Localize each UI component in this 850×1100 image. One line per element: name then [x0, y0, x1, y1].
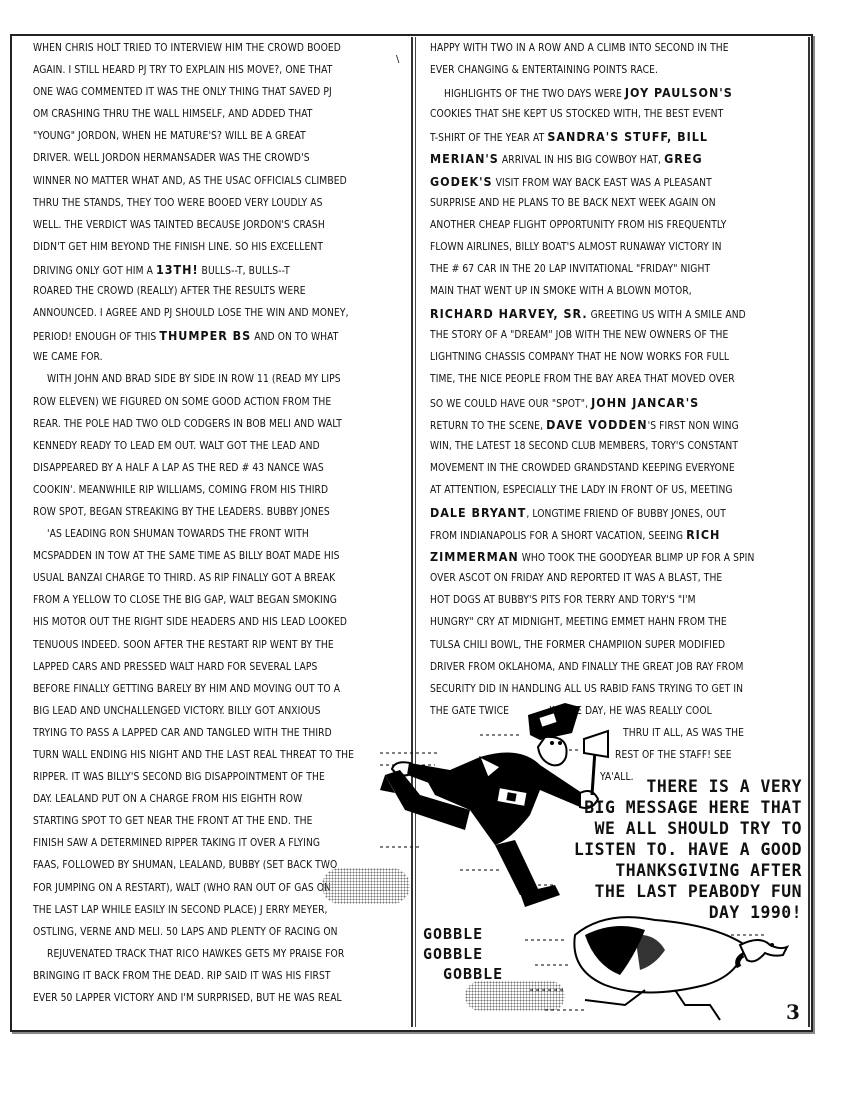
text-span: DRIVING ONLY GOT HIM A	[33, 266, 156, 277]
text-line: USUAL BANZAI CHARGE TO THIRD. AS RIP FIN…	[33, 568, 354, 590]
text-line: DIDN'T GET HIM BEYOND THE FINISH LINE. S…	[33, 237, 354, 259]
text-span: AND ON TO WHAT	[251, 332, 338, 343]
text-span: HIGHLIGHTS OF THE TWO DAYS WERE	[444, 89, 625, 100]
bold-name: ZIMMERMAN	[430, 549, 519, 564]
text-line: OVER ASCOT ON FRIDAY AND REPORTED IT WAS…	[430, 568, 754, 590]
text-line: HUNGRY" CRY AT MIDNIGHT, MEETING EMMET H…	[430, 612, 754, 634]
text-line: HOT DOGS AT BUBBY'S PITS FOR TERRY AND T…	[430, 590, 754, 612]
text-line: 'AS LEADING RON SHUMAN TOWARDS THE FRONT…	[33, 524, 354, 546]
text-line: GODEK'S VISIT FROM WAY BACK EAST WAS A P…	[430, 171, 754, 193]
bold-name: DALE BRYANT	[430, 505, 526, 520]
text-line: REJUVENATED TRACK THAT RICO HAWKES GETS …	[33, 944, 354, 966]
text-line: BRINGING IT BACK FROM THE DEAD. RIP SAID…	[33, 966, 354, 988]
text-line: SURPRISE AND HE PLANS TO BE BACK NEXT WE…	[430, 193, 754, 215]
text-line: RETURN TO THE SCENE, DAVE VODDEN'S FIRST…	[430, 414, 754, 436]
text-line: ZIMMERMAN WHO TOOK THE GOODYEAR BLIMP UP…	[430, 546, 754, 568]
text-line: WHEN CHRIS HOLT TRIED TO INTERVIEW HIM T…	[33, 38, 354, 60]
text-span: GREETING US WITH A SMILE AND	[588, 310, 746, 321]
bold-name: RICH	[686, 527, 720, 542]
text-line: REAR. THE POLE HAD TWO OLD CODGERS IN BO…	[33, 414, 354, 436]
text-line: THE LAST LAP WHILE EASILY IN SECOND PLAC…	[33, 900, 354, 922]
bold-name: MERIAN'S	[430, 151, 499, 166]
text-line: TIME, THE NICE PEOPLE FROM THE BAY AREA …	[430, 369, 754, 391]
text-line: MOVEMENT IN THE CROWDED GRANDSTAND KEEPI…	[430, 458, 754, 480]
message-line: LISTEN TO. HAVE A GOOD	[556, 839, 802, 860]
text-span: WHO TOOK THE GOODYEAR BLIMP UP FOR A SPI…	[519, 553, 755, 564]
text-line: EVER 50 LAPPER VICTORY AND I'M SURPRISED…	[33, 988, 354, 1010]
page-number: 3	[786, 1000, 800, 1024]
text-line: AT ATTENTION, ESPECIALLY THE LADY IN FRO…	[430, 480, 754, 502]
bold-name: DAVE VODDEN	[546, 417, 648, 432]
text-line: FROM A YELLOW TO CLOSE THE BIG GAP, WALT…	[33, 590, 354, 612]
bold-name: RICHARD HARVEY, SR.	[430, 306, 588, 321]
text-line: PERIOD! ENOUGH OF THIS THUMPER BS AND ON…	[33, 325, 354, 347]
text-span: SO WE COULD HAVE OUR "SPOT",	[430, 399, 591, 410]
text-line: DALE BRYANT, LONGTIME FRIEND OF BUBBY JO…	[430, 502, 754, 524]
text-line: FINISH SAW A DETERMINED RIPPER TAKING IT…	[33, 833, 354, 855]
text-line: ONE WAG COMMENTED IT WAS THE ONLY THING …	[33, 82, 354, 104]
text-span: , LONGTIME FRIEND OF BUBBY JONES, OUT	[526, 509, 726, 520]
message-line: BIG MESSAGE HERE THAT	[556, 797, 802, 818]
text-line: WINNER NO MATTER WHAT AND, AS THE USAC O…	[33, 171, 354, 193]
gobble-line: GOBBLE	[423, 964, 503, 984]
gobble-line: GOBBLE	[423, 944, 503, 964]
right-column-text: HAPPY WITH TWO IN A ROW AND A CLIMB INTO…	[430, 38, 754, 789]
bold-name: 13TH!	[156, 262, 199, 277]
text-line: DRIVER FROM OKLAHOMA, AND FINALLY THE GR…	[430, 657, 754, 679]
text-line: RIPPER. IT WAS BILLY'S SECOND BIG DISAPP…	[33, 767, 354, 789]
bold-name: GREG	[664, 151, 703, 166]
text-line: FAAS, FOLLOWED BY SHUMAN, LEALAND, BUBBY…	[33, 855, 354, 877]
text-line: THE STORY OF A "DREAM" JOB WITH THE NEW …	[430, 325, 754, 347]
bold-name: SANDRA'S STUFF, BILL	[547, 129, 708, 144]
left-column-text: WHEN CHRIS HOLT TRIED TO INTERVIEW HIM T…	[33, 38, 354, 1010]
text-line: McSPADDEN IN TOW AT THE SAME TIME AS BIL…	[33, 546, 354, 568]
text-line: TURN WALL ENDING HIS NIGHT AND THE LAST …	[33, 745, 354, 767]
text-line: WIN, THE LATEST 18 SECOND CLUB MEMBERS, …	[430, 436, 754, 458]
gobble-line: GOBBLE	[423, 924, 503, 944]
text-line: EVER CHANGING & ENTERTAINING POINTS RACE…	[430, 60, 754, 82]
text-line: ROW SPOT, BEGAN STREAKING BY THE LEADERS…	[33, 502, 354, 524]
text-line: "YOUNG" JORDON, WHEN HE MATURE'S? WILL B…	[33, 126, 354, 148]
text-line: ANNOUNCED. I AGREE AND PJ SHOULD LOSE TH…	[33, 303, 354, 325]
message-line: WE ALL SHOULD TRY TO	[556, 818, 802, 839]
bold-name: JOHN JANCAR'S	[591, 395, 699, 410]
thanksgiving-message: THERE IS A VERYBIG MESSAGE HERE THATWE A…	[556, 776, 802, 923]
message-line: THERE IS A VERY	[556, 776, 802, 797]
text-line: LIGHTNING CHASSIS COMPANY THAT HE NOW WO…	[430, 347, 754, 369]
message-line: THANKSGIVING AFTER	[556, 860, 802, 881]
text-span: BULLS--t, BULLS--T	[199, 266, 290, 277]
text-line: STARTING SPOT TO GET NEAR THE FRONT AT T…	[33, 811, 354, 833]
text-line: HIGHLIGHTS OF THE TWO DAYS WERE JOY PAUL…	[430, 82, 754, 104]
stray-mark: \	[396, 54, 399, 65]
turkey-illustration-icon	[525, 905, 805, 1025]
text-line: TULSA CHILI BOWL, THE FORMER CHAMPIION S…	[430, 635, 754, 657]
text-line: KENNEDY READY TO LEAD EM OUT. WALT GOT T…	[33, 436, 354, 458]
text-line: WELL. THE VERDICT WAS TAINTED BECAUSE JO…	[33, 215, 354, 237]
text-line: MERIAN'S ARRIVAL IN HIS BIG COWBOY HAT, …	[430, 148, 754, 170]
text-line: BEFORE FINALLY GETTING BARELY BY HIM AND…	[33, 679, 354, 701]
text-line: DRIVER. WELL JORDON HERMANSADER WAS THE …	[33, 148, 354, 170]
text-line: OM CRASHING THRU THE WALL HIMSELF, AND A…	[33, 104, 354, 126]
text-span: 'S FIRST NON WING	[648, 421, 739, 432]
text-line: WITH JOHN AND BRAD SIDE BY SIDE IN ROW 1…	[33, 369, 354, 391]
text-line: ANOTHER CHEAP FLIGHT OPPORTUNITY FROM HI…	[430, 215, 754, 237]
text-line: DISAPPEARED BY A HALF A LAP AS THE RED #…	[33, 458, 354, 480]
speed-shading	[322, 868, 410, 904]
text-line: HIS MOTOR OUT THE RIGHT SIDE HEADERS AND…	[33, 612, 354, 634]
text-line: T-SHIRT OF THE YEAR AT SANDRA'S STUFF, B…	[430, 126, 754, 148]
text-line: LAPPED CARS AND PRESSED WALT HARD FOR SE…	[33, 657, 354, 679]
message-line: DAY 1990!	[556, 902, 802, 923]
text-span: T-SHIRT OF THE YEAR AT	[430, 133, 547, 144]
text-line: WE CAME FOR.	[33, 347, 354, 369]
text-line: ROW ELEVEN) WE FIGURED ON SOME GOOD ACTI…	[33, 392, 354, 414]
text-line: FLOWN AIRLINES, BILLY BOAT'S ALMOST RUNA…	[430, 237, 754, 259]
text-line: DAY. LEALAND PUT ON A CHARGE FROM HIS EI…	[33, 789, 354, 811]
text-line: THE # 67 CAR IN THE 20 LAP INVITATIONAL …	[430, 259, 754, 281]
bold-name: THUMPER BS	[159, 328, 251, 343]
text-line: FROM INDIANAPOLIS FOR A SHORT VACATION, …	[430, 524, 754, 546]
message-line: THE LAST PEABODY FUN	[556, 881, 802, 902]
text-line: THRU THE STANDS, THEY TOO WERE BOOED VER…	[33, 193, 354, 215]
text-line: OSTLING, VERNE AND MELI. 50 LAPS AND PLE…	[33, 922, 354, 944]
text-line: AGAIN. I STILL HEARD PJ TRY TO EXPLAIN H…	[33, 60, 354, 82]
gobble-text: GOBBLE GOBBLE GOBBLE	[423, 924, 503, 984]
text-span: VISIT FROM WAY BACK EAST WAS A PLEASANT	[493, 178, 712, 189]
text-line: HAPPY WITH TWO IN A ROW AND A CLIMB INTO…	[430, 38, 754, 60]
text-span: ARRIVAL IN HIS BIG COWBOY HAT,	[499, 155, 664, 166]
bold-name: JOY PAULSON'S	[625, 85, 733, 100]
text-line: BIG LEAD AND UNCHALLENGED VICTORY. BILLY…	[33, 701, 354, 723]
text-line: MAIN THAT WENT UP IN SMOKE WITH A BLOWN …	[430, 281, 754, 303]
text-span: RETURN TO THE SCENE,	[430, 421, 546, 432]
text-line: COOKIN'. MEANWHILE RIP WILLIAMS, COMING …	[33, 480, 354, 502]
bold-name: GODEK'S	[430, 174, 493, 189]
text-line: FOR JUMPING ON A RESTART), WALT (WHO RAN…	[33, 878, 354, 900]
text-span: PERIOD! ENOUGH OF THIS	[33, 332, 159, 343]
text-line: DRIVING ONLY GOT HIM A 13TH! BULLS--t, B…	[33, 259, 354, 281]
text-line: COOKIES THAT SHE KEPT US STOCKED WITH, T…	[430, 104, 754, 126]
text-span: FROM INDIANAPOLIS FOR A SHORT VACATION, …	[430, 531, 686, 542]
text-line: TRYING TO PASS A LAPPED CAR AND TANGLED …	[33, 723, 354, 745]
text-line: TENUOUS INDEED. SOON AFTER THE RESTART R…	[33, 635, 354, 657]
text-line: ROARED THE CROWD (REALLY) AFTER THE RESU…	[33, 281, 354, 303]
text-line: SO WE COULD HAVE OUR "SPOT", JOHN JANCAR…	[430, 392, 754, 414]
text-line: RICHARD HARVEY, SR. GREETING US WITH A S…	[430, 303, 754, 325]
